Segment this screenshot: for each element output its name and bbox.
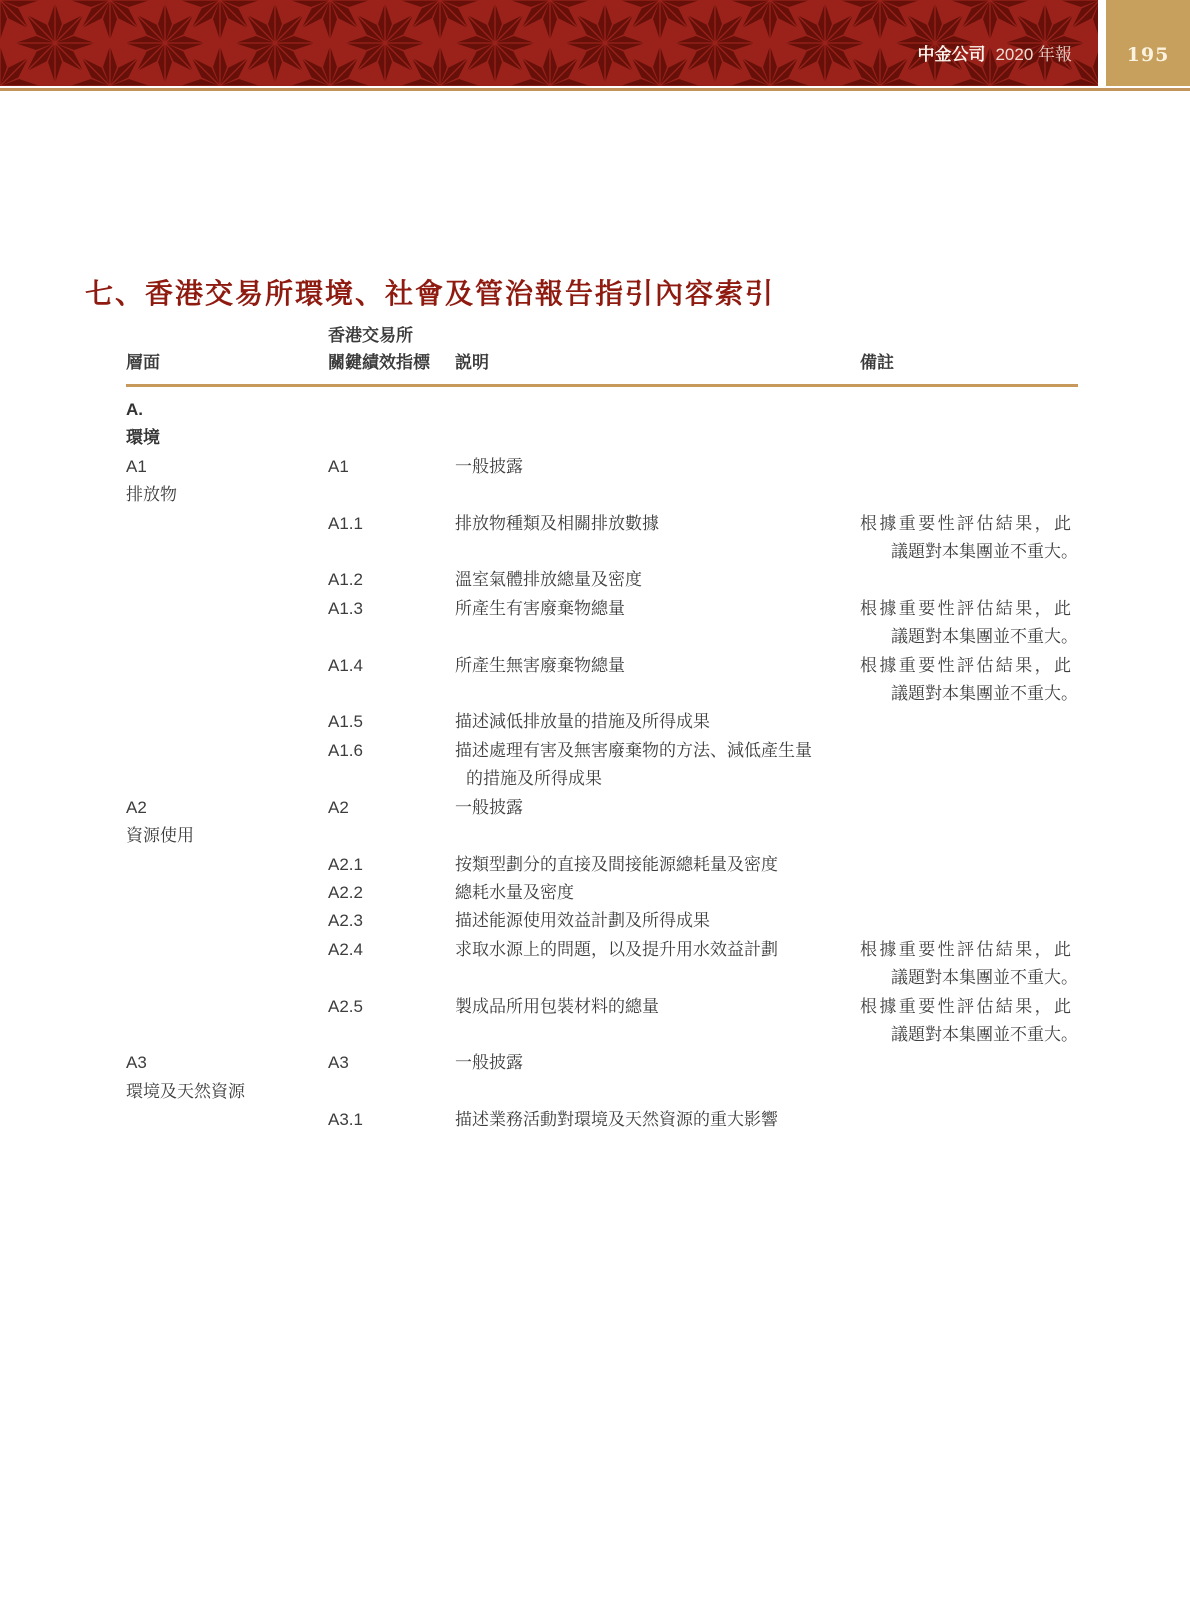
header-kpi: 香港交易所 關鍵績效指標 bbox=[328, 322, 455, 376]
description-line: 描述能源使用效益計劃及所得成果 bbox=[455, 907, 860, 935]
description-line: 所產生有害廢棄物總量 bbox=[455, 595, 860, 623]
header-remarks: 備註 bbox=[860, 349, 1078, 376]
report-page: 中金公司2020 年報 195 七、香港交易所環境、社會及管治報告指引內容索引 … bbox=[0, 0, 1190, 1615]
remark-line: 議題對本集團並不重大。 bbox=[860, 964, 1078, 992]
description-cell: 溫室氣體排放總量及密度 bbox=[455, 566, 860, 594]
kpi-cell: A2.5 bbox=[328, 993, 455, 1050]
remark-cell bbox=[860, 907, 1078, 935]
remark-cell bbox=[860, 1049, 1078, 1106]
kpi-cell bbox=[328, 396, 455, 453]
description-cell bbox=[455, 396, 860, 453]
aspect-label: 環境及天然資源 bbox=[126, 1078, 328, 1106]
remark-cell bbox=[860, 851, 1078, 879]
description-cell: 描述減低排放量的措施及所得成果 bbox=[455, 708, 860, 736]
remark-cell bbox=[860, 737, 1078, 794]
section-title: 七、香港交易所環境、社會及管治報告指引內容索引 bbox=[85, 272, 775, 312]
remark-line: 根據重要性評估結果，此 bbox=[860, 652, 1078, 680]
kpi-cell: A1.4 bbox=[328, 652, 455, 709]
aspect-cell: A.環境 bbox=[126, 396, 328, 453]
aspect-label: 資源使用 bbox=[126, 822, 328, 850]
kpi-cell: A2.4 bbox=[328, 936, 455, 993]
aspect-cell bbox=[126, 595, 328, 652]
esg-index-table: 層面 香港交易所 關鍵績效指標 説明 備註 A.環境A1排放物A1一般披露A1.… bbox=[126, 322, 1078, 1135]
aspect-cell bbox=[126, 510, 328, 567]
description-cell: 製成品所用包裝材料的總量 bbox=[455, 993, 860, 1050]
kpi-cell: A1.3 bbox=[328, 595, 455, 652]
remark-cell bbox=[860, 1106, 1078, 1134]
description-cell: 一般披露 bbox=[455, 794, 860, 851]
asanoha-pattern bbox=[0, 0, 1098, 86]
kpi-cell: A1.1 bbox=[328, 510, 455, 567]
description-line: 排放物種類及相關排放數據 bbox=[455, 510, 860, 538]
remark-cell bbox=[860, 453, 1078, 510]
description-line: 一般披露 bbox=[455, 1049, 860, 1077]
aspect-cell bbox=[126, 1106, 328, 1134]
kpi-cell: A3 bbox=[328, 1049, 455, 1106]
kpi-cell: A2.3 bbox=[328, 907, 455, 935]
aspect-cell bbox=[126, 936, 328, 993]
remark-line: 根據重要性評估結果，此 bbox=[860, 936, 1078, 964]
aspect-cell bbox=[126, 907, 328, 935]
remark-cell bbox=[860, 794, 1078, 851]
remark-line: 議題對本集團並不重大。 bbox=[860, 623, 1078, 651]
table-header-row: 層面 香港交易所 關鍵績效指標 説明 備註 bbox=[126, 322, 1078, 376]
aspect-cell bbox=[126, 652, 328, 709]
description-cell: 總耗水量及密度 bbox=[455, 879, 860, 907]
aspect-cell: A1排放物 bbox=[126, 453, 328, 510]
kpi-cell: A1.5 bbox=[328, 708, 455, 736]
report-year: 2020 年報 bbox=[995, 45, 1072, 64]
description-cell: 描述業務活動對環境及天然資源的重大影響 bbox=[455, 1106, 860, 1134]
aspect-code: A1 bbox=[126, 453, 160, 481]
remark-line: 議題對本集團並不重大。 bbox=[860, 680, 1078, 708]
aspect-cell bbox=[126, 851, 328, 879]
description-line: 一般披露 bbox=[455, 453, 860, 481]
aspect-cell bbox=[126, 737, 328, 794]
description-line: 描述業務活動對環境及天然資源的重大影響 bbox=[455, 1106, 860, 1134]
description-line: 描述減低排放量的措施及所得成果 bbox=[455, 708, 860, 736]
description-cell: 按類型劃分的直接及間接能源總耗量及密度 bbox=[455, 851, 860, 879]
page-number-box: 195 bbox=[1106, 0, 1190, 86]
remark-cell: 根據重要性評估結果，此議題對本集團並不重大。 bbox=[860, 595, 1078, 652]
description-cell: 所產生有害廢棄物總量 bbox=[455, 595, 860, 652]
remark-cell: 根據重要性評估結果，此議題對本集團並不重大。 bbox=[860, 936, 1078, 993]
remark-line: 根據重要性評估結果，此 bbox=[860, 510, 1078, 538]
description-line: 的措施及所得成果 bbox=[455, 765, 860, 793]
remark-cell: 根據重要性評估結果，此議題對本集團並不重大。 bbox=[860, 993, 1078, 1050]
aspect-cell bbox=[126, 879, 328, 907]
kpi-cell: A2 bbox=[328, 794, 455, 851]
header-kpi-line1: 香港交易所 bbox=[328, 322, 455, 349]
remark-cell: 根據重要性評估結果，此議題對本集團並不重大。 bbox=[860, 510, 1078, 567]
aspect-code: A3 bbox=[126, 1049, 160, 1077]
description-cell: 排放物種類及相關排放數據 bbox=[455, 510, 860, 567]
description-cell: 一般披露 bbox=[455, 453, 860, 510]
description-line: 總耗水量及密度 bbox=[455, 879, 860, 907]
kpi-cell: A2.2 bbox=[328, 879, 455, 907]
aspect-cell bbox=[126, 993, 328, 1050]
kpi-cell: A1.2 bbox=[328, 566, 455, 594]
header-kpi-line2: 關鍵績效指標 bbox=[328, 349, 455, 376]
description-line: 求取水源上的問題，以及提升用水效益計劃 bbox=[455, 936, 860, 964]
aspect-cell bbox=[126, 708, 328, 736]
description-cell: 求取水源上的問題，以及提升用水效益計劃 bbox=[455, 936, 860, 993]
remark-cell bbox=[860, 708, 1078, 736]
remark-cell bbox=[860, 396, 1078, 453]
remark-cell bbox=[860, 879, 1078, 907]
description-line: 描述處理有害及無害廢棄物的方法、減低產生量 bbox=[455, 737, 860, 765]
description-cell: 一般披露 bbox=[455, 1049, 860, 1106]
description-line: 溫室氣體排放總量及密度 bbox=[455, 566, 860, 594]
header-description: 説明 bbox=[455, 349, 860, 376]
kpi-cell: A2.1 bbox=[328, 851, 455, 879]
company-name: 中金公司 bbox=[917, 45, 985, 64]
aspect-cell: A2資源使用 bbox=[126, 794, 328, 851]
table-body: A.環境A1排放物A1一般披露A1.1排放物種類及相關排放數據根據重要性評估結果… bbox=[126, 396, 1078, 1135]
aspect-cell: A3環境及天然資源 bbox=[126, 1049, 328, 1106]
header-banner: 中金公司2020 年報 bbox=[0, 0, 1098, 86]
aspect-label: 環境 bbox=[126, 424, 328, 452]
description-cell: 描述處理有害及無害廢棄物的方法、減低產生量的措施及所得成果 bbox=[455, 737, 860, 794]
table-header-rule bbox=[126, 384, 1078, 387]
aspect-code: A2 bbox=[126, 794, 160, 822]
description-line: 按類型劃分的直接及間接能源總耗量及密度 bbox=[455, 851, 860, 879]
banner-caption: 中金公司2020 年報 bbox=[917, 46, 1072, 64]
remark-cell: 根據重要性評估結果，此議題對本集團並不重大。 bbox=[860, 652, 1078, 709]
remark-line: 議題對本集團並不重大。 bbox=[860, 538, 1078, 566]
description-cell: 所產生無害廢棄物總量 bbox=[455, 652, 860, 709]
page-number: 195 bbox=[1106, 0, 1190, 66]
kpi-cell: A1 bbox=[328, 453, 455, 510]
banner-divider-line bbox=[0, 88, 1190, 91]
description-line: 一般披露 bbox=[455, 794, 860, 822]
remark-line: 議題對本集團並不重大。 bbox=[860, 1021, 1078, 1049]
header-aspect: 層面 bbox=[126, 349, 328, 376]
aspect-cell bbox=[126, 566, 328, 594]
aspect-code: A. bbox=[126, 396, 160, 424]
description-cell: 描述能源使用效益計劃及所得成果 bbox=[455, 907, 860, 935]
description-line: 所產生無害廢棄物總量 bbox=[455, 652, 860, 680]
kpi-cell: A3.1 bbox=[328, 1106, 455, 1134]
remark-line: 根據重要性評估結果，此 bbox=[860, 595, 1078, 623]
description-line: 製成品所用包裝材料的總量 bbox=[455, 993, 860, 1021]
remark-cell bbox=[860, 566, 1078, 594]
remark-line: 根據重要性評估結果，此 bbox=[860, 993, 1078, 1021]
aspect-label: 排放物 bbox=[126, 481, 328, 509]
kpi-cell: A1.6 bbox=[328, 737, 455, 794]
